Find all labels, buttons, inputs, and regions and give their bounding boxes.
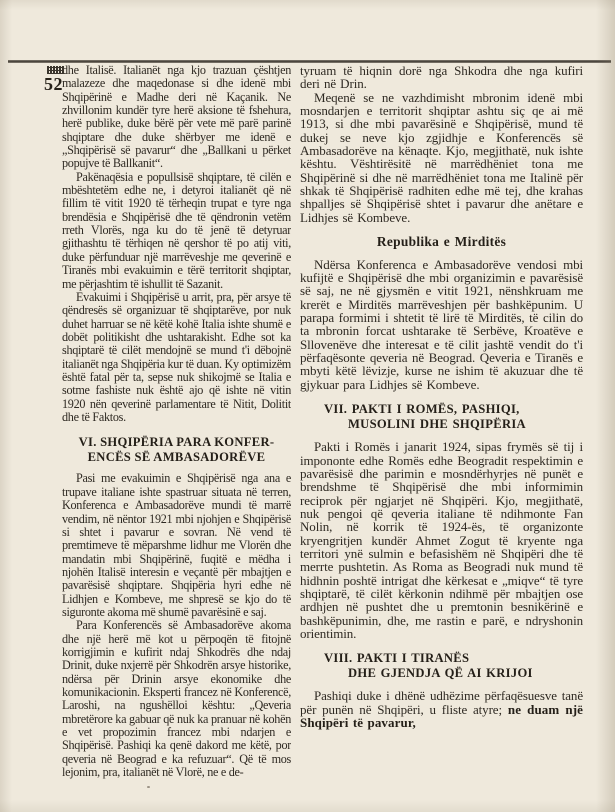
paragraph-with-emphasis: Pashiqi duke i dhënë udhëzime përfaqësue…: [300, 689, 583, 729]
continued-paragraph: tyruam të hiqnin dorë nga Shkodra dhe ng…: [300, 64, 583, 91]
section-heading-viii: VIII. PAKTI I TIRANËS DHE GJENDJA QË AI …: [300, 651, 583, 681]
heading-line: VI. SHQIPËRIA PARA KONFER-: [79, 435, 275, 449]
heading-line: VIII. PAKTI I TIRANËS: [324, 651, 583, 666]
page-number: 52: [44, 75, 68, 93]
paragraph: Ndërsa Konferenca e Ambasadorëve vendosi…: [300, 258, 583, 391]
section-heading-vi: VI. SHQIPËRIA PARA KONFER- ENCËS SË AMBA…: [62, 435, 291, 464]
paragraph: Pakti i Romës i janarit 1924, sipas frym…: [300, 440, 583, 640]
paragraph: Meqenë se ne vazhdimisht mbronim idenë m…: [300, 91, 583, 224]
top-rule: [8, 60, 611, 63]
paragraph: Para Konferencës së Ambasadorëve akoma d…: [62, 619, 291, 779]
heading-line: MUSOLINI DHE SHQIPËRIA: [348, 417, 583, 432]
paragraph: Pasi me evakuimin e Shqipërisë nga ana e…: [62, 472, 291, 619]
paragraph: Pakënaqësia e popullsisë shqiptare, të c…: [62, 171, 291, 291]
heading-line: VII. PAKTI I ROMËS, PASHIQI,: [324, 402, 583, 417]
page-number-block: 52: [40, 66, 68, 93]
heading-line: DHE GJENDJA QË AI KRIJOI: [348, 666, 583, 681]
printer-hatch-mark: [47, 66, 64, 74]
heading-line: ENCËS SË AMBASADORËVE: [88, 450, 266, 464]
left-column: dhe Italisë. Italianët nga kjo trazuan ç…: [62, 64, 291, 800]
section-heading-mirdita: Republika e Mirditës: [300, 235, 583, 250]
text-columns: dhe Italisë. Italianët nga kjo trazuan ç…: [62, 64, 583, 800]
section-heading-vii: VII. PAKTI I ROMËS, PASHIQI, MUSOLINI DH…: [300, 402, 583, 432]
right-column: tyruam të hiqnin dorë nga Shkodra dhe ng…: [300, 64, 583, 800]
paragraph: Evakuimi i Shqipërisë u arrit, pra, për …: [62, 291, 291, 424]
continued-paragraph: dhe Italisë. Italianët nga kjo trazuan ç…: [62, 64, 291, 171]
